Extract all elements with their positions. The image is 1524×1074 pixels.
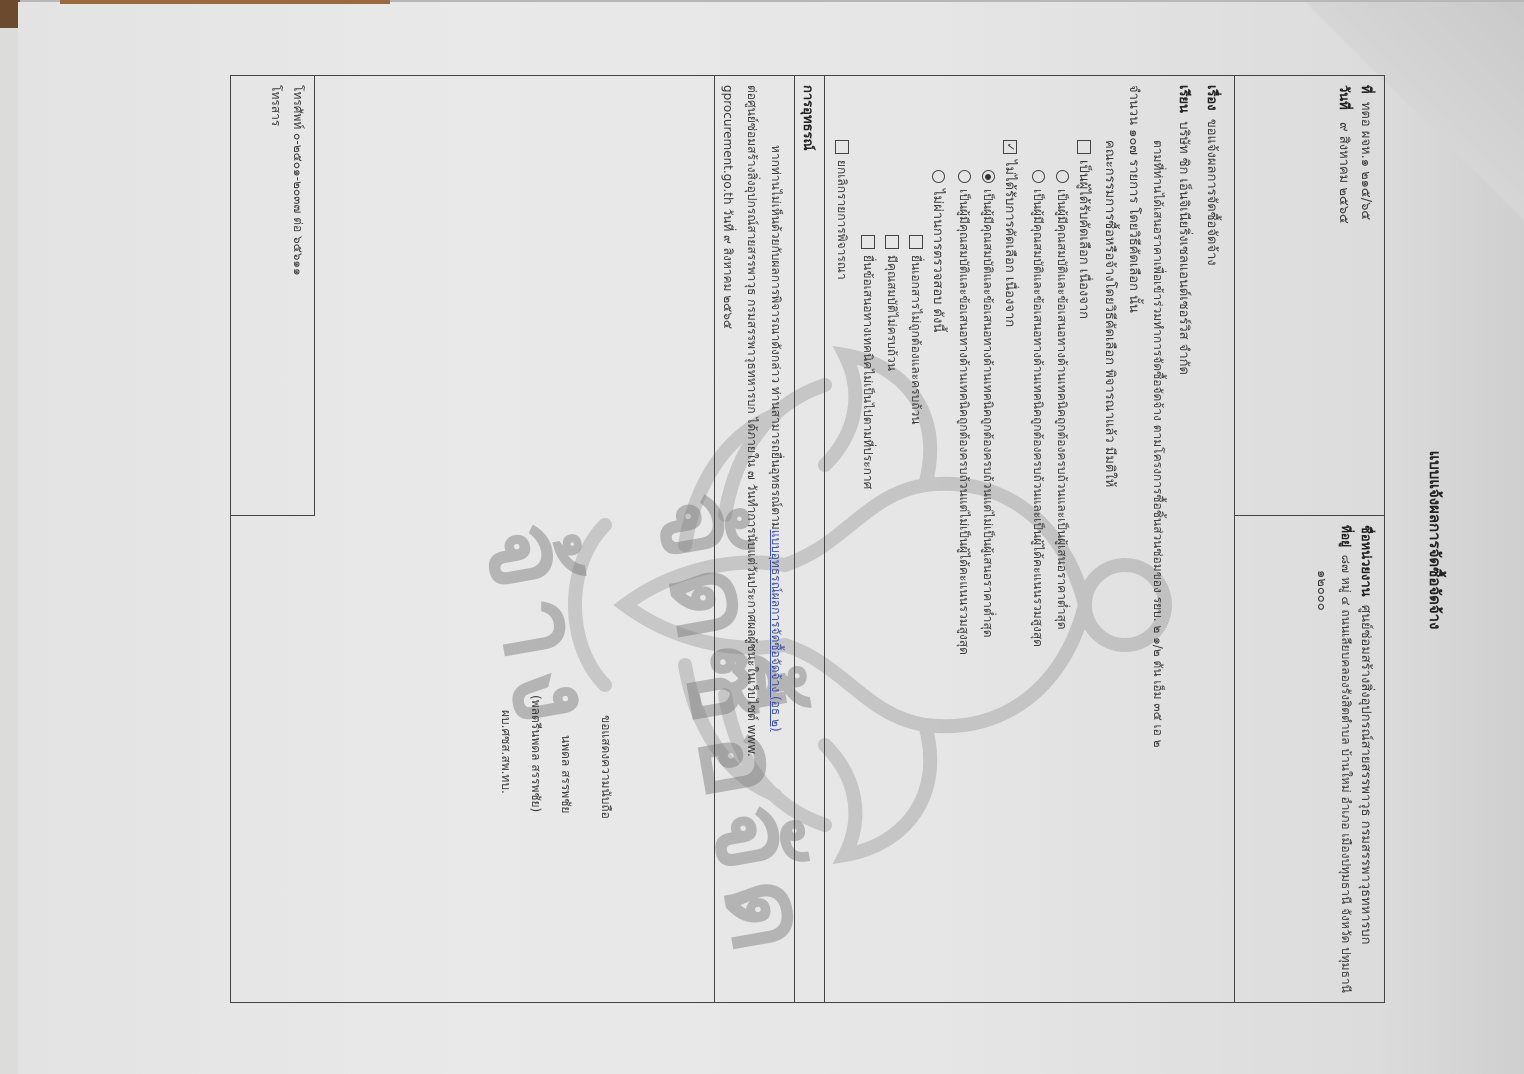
failed-check-radio[interactable] (932, 170, 945, 183)
option-not-selected: ✓ไม่ได้รับการคัดเลือก เนื่องจาก (1000, 140, 1021, 327)
option-highest-score: เป็นผู้มีคุณสมบัติและข้อเสนอทางด้านเทคนิ… (1028, 170, 1047, 647)
option-cancel: ยกเลิกรายการพิจารณา (832, 140, 851, 280)
appeal-heading-line (794, 75, 795, 1003)
appeal-heading: การอุทธรณ์ (798, 85, 819, 151)
signer-name: (พลตรีนพดล สรรพชัย) (526, 695, 545, 812)
technical-checkbox[interactable] (862, 235, 876, 249)
item-count-line: จำนวน ๑๐๗ รายการ โดยวิธีคัดเลือก นั้น (1124, 85, 1145, 313)
option-lowest-price: เป็นผู้มีคุณสมบัติและข้อเสนอทางด้านเทคนิ… (1052, 170, 1071, 630)
appeal-line-1: หากท่านไม่เห็นด้วยกับผลการพิจารณาดังกล่า… (766, 145, 785, 732)
not-selected-checkbox[interactable]: ✓ (1004, 140, 1018, 154)
option-not-highest: เป็นผู้มีคุณสมบัติและข้อเสนอทางด้านเทคนิ… (954, 170, 973, 655)
form-title: แบบแจ้งผลการจัดซื้อจัดจ้าง (1423, 75, 1447, 1005)
not-lowest-radio[interactable] (982, 170, 995, 183)
option-selected: เป็นผู้ได้รับคัดเลือก เนื่องจาก (1074, 140, 1095, 319)
lowest-price-radio[interactable] (1056, 170, 1069, 183)
highest-score-radio[interactable] (1032, 170, 1045, 183)
not-highest-radio[interactable] (958, 170, 971, 183)
committee-line: คณะกรรมการซื้อหรือจ้างโดยวิธีคัดเลือก พิ… (1100, 140, 1121, 487)
check-documents: ยื่นเอกสารไม่ถูกต้องและครบถ้วน (906, 235, 925, 424)
recipient-line: เรียน บริษัท ซิก เอ็นจิเนียริ่งเซลแอนด์เ… (1174, 85, 1195, 375)
appeal-bottom-line (714, 75, 715, 1003)
postcode: ๑๒๐๐๐ (1312, 570, 1333, 611)
signature: นพดล สรรพชัย (556, 735, 575, 813)
appeal-line-2: ต่อศูนย์ซ่อมสร้างสิ่งอุปกรณ์สายสรรพาวุธ … (742, 85, 761, 757)
fax-number: โทรสาร (266, 85, 285, 126)
option-not-lowest: เป็นผู้มีคุณสมบัติและข้อเสนอทางด้านเทคนิ… (978, 170, 997, 638)
check-technical: ยื่นข้อเสนอทางเทคนิคไม่เป็นไปตามที่ประกา… (858, 235, 877, 489)
qualifications-checkbox[interactable] (886, 235, 900, 249)
reference-number: ที่ ทตอ ผจห.๑ ๒๑๕/๖๕ (1356, 85, 1377, 220)
intro-paragraph: ตามที่ท่านได้เสนอราคาเพื่อเข้าร่วมทำการจ… (1148, 140, 1167, 748)
documents-checkbox[interactable] (910, 235, 924, 249)
selected-checkbox[interactable] (1078, 140, 1092, 154)
header-divider (1235, 515, 1385, 516)
agency-name: ชื่อหน่วยงาน ศูนย์ซ่อมสร้างสิ่งอุปกรณ์สา… (1356, 525, 1377, 945)
appeal-top-line (824, 75, 825, 1003)
subject-line: เรื่อง ขอแจ้งผลการจัดซื้อจัดจ้าง (1202, 85, 1223, 266)
appeal-form-link[interactable]: แบบอุทธรณ์ผลการจัดซื้อจัดจ้าง (อธ ๒) (769, 530, 783, 732)
procurement-result-form: จัดซื้อจัดจ้าง แบบแจ้งผลการจัดซื้อจัดจ้า… (225, 75, 1385, 1005)
contact-box-top (314, 75, 315, 515)
check-qualifications: มีคุณสมบัติไม่ครบถ้วน (882, 235, 901, 371)
appeal-line-3: gprocurement.go.th วันที่ ๙ สิงหาคม ๒๕๖๕ (718, 85, 737, 329)
issue-date: วันที่ ๙ สิงหาคม ๒๕๖๕ (1334, 85, 1355, 224)
signer-position: ผบ.ศซส.สพ.ทบ. (496, 710, 515, 794)
contact-box-right (230, 515, 315, 516)
option-failed-check: ไม่ผ่านการตรวจสอบ ดังนี้ (928, 170, 949, 332)
closing-text: ขอแสดงความนับถือ (596, 715, 615, 819)
desk-edge (60, 0, 390, 4)
cancel-checkbox[interactable] (836, 140, 850, 154)
desk-background (0, 0, 20, 30)
agency-address: ที่อยู่ ๘๗ หมู่ ๔ ถนนเลียบคลองรังสิตตำบล… (1336, 525, 1355, 993)
header-bottom-line (1234, 75, 1235, 1003)
phone-number: โทรศัพท์ ๐-๒๕๐๑-๒๐๓๗ ต่อ ๖๕๖๑๑ (288, 85, 307, 276)
